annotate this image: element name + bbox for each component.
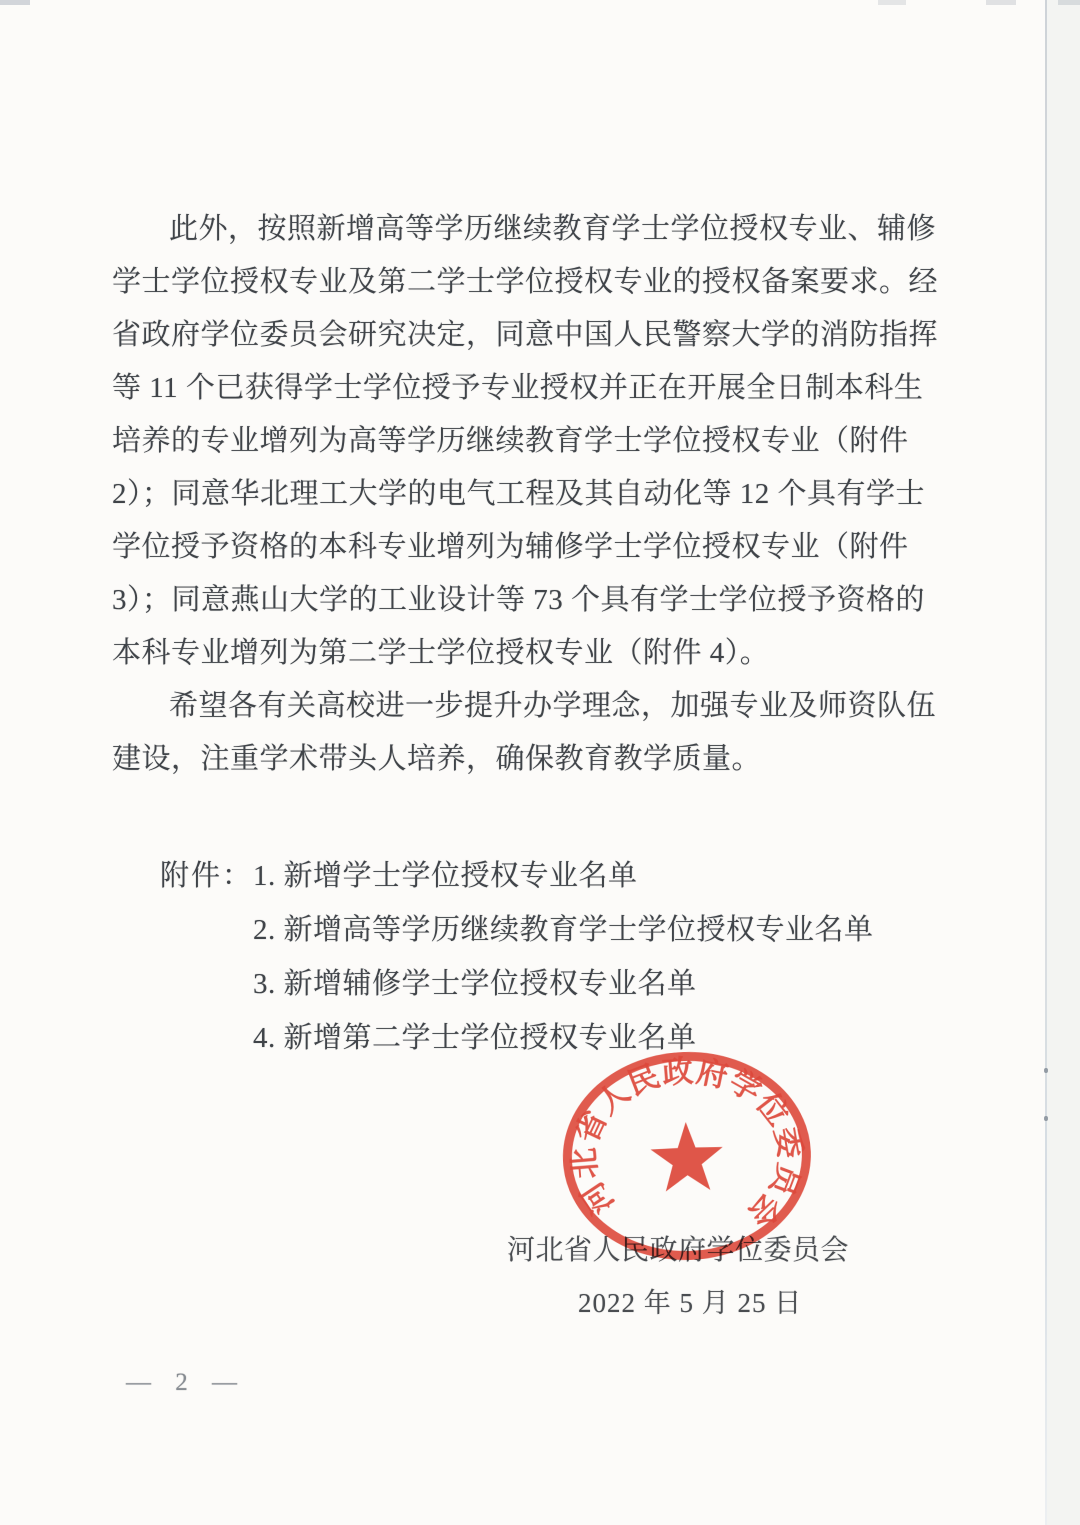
- issue-date: 2022 年 5 月 25 日: [578, 1281, 802, 1320]
- paragraph1-line: 省政府学位委员会研究决定，同意中国人民警察大学的消防指挥: [112, 318, 938, 352]
- scan-edge-mark: [878, 0, 906, 5]
- scan-edge-mark: [1058, 0, 1080, 5]
- scan-edge-mark: [986, 0, 1016, 5]
- paragraph1-line: 学士学位授权专业及第二学士学位授权专业的授权备案要求。经: [112, 265, 938, 299]
- attachment-item: 1. 新增学士学位授权专业名单: [253, 853, 638, 894]
- scan-fold-line: [1045, 0, 1047, 1525]
- paragraph1-line: 本科专业增列为第二学士学位授权专业（附件 4）。: [112, 636, 769, 670]
- attachment-item: 3. 新增辅修学士学位授权专业名单: [253, 961, 697, 1002]
- paragraph1-line: 3）；同意燕山大学的工业设计等 73 个具有学士学位授予资格的: [112, 583, 925, 617]
- paragraph2-line: 建设，注重学术带头人培养，确保教育教学质量。: [112, 742, 761, 776]
- scan-speck: [1044, 1116, 1048, 1121]
- scanned-document-page: 此外，按照新增高等学历继续教育学士学位授权专业、辅修 学士学位授权专业及第二学士…: [0, 0, 1080, 1525]
- scan-speck: [1044, 1068, 1048, 1073]
- attachment-item: 2. 新增高等学历继续教育学士学位授权专业名单: [253, 907, 874, 948]
- paragraph1-line: 2）；同意华北理工大学的电气工程及其自动化等 12 个具有学士: [112, 477, 925, 511]
- attachments-label: 附件：: [160, 853, 253, 894]
- seal-star-icon: [650, 1121, 725, 1192]
- paragraph1-line: 培养的专业增列为高等学历继续教育学士学位授权专业（附件: [112, 424, 909, 458]
- paragraph1-line: 学位授予资格的本科专业增列为辅修学士学位授权专业（附件: [112, 530, 909, 564]
- scan-right-strip: [1047, 0, 1080, 1525]
- page-number: — 2 —: [126, 1369, 246, 1397]
- paragraph1-line: 等 11 个已获得学士学位授予专业授权并正在开展全日制本科生: [112, 371, 923, 405]
- paragraph1-line: 此外，按照新增高等学历继续教育学士学位授权专业、辅修: [169, 212, 936, 246]
- official-seal: 河北省人民政府学位委员会: [548, 1033, 826, 1284]
- paragraph2-line: 希望各有关高校进一步提升办学理念，加强专业及师资队伍: [169, 689, 936, 723]
- scan-edge-mark: [0, 0, 30, 5]
